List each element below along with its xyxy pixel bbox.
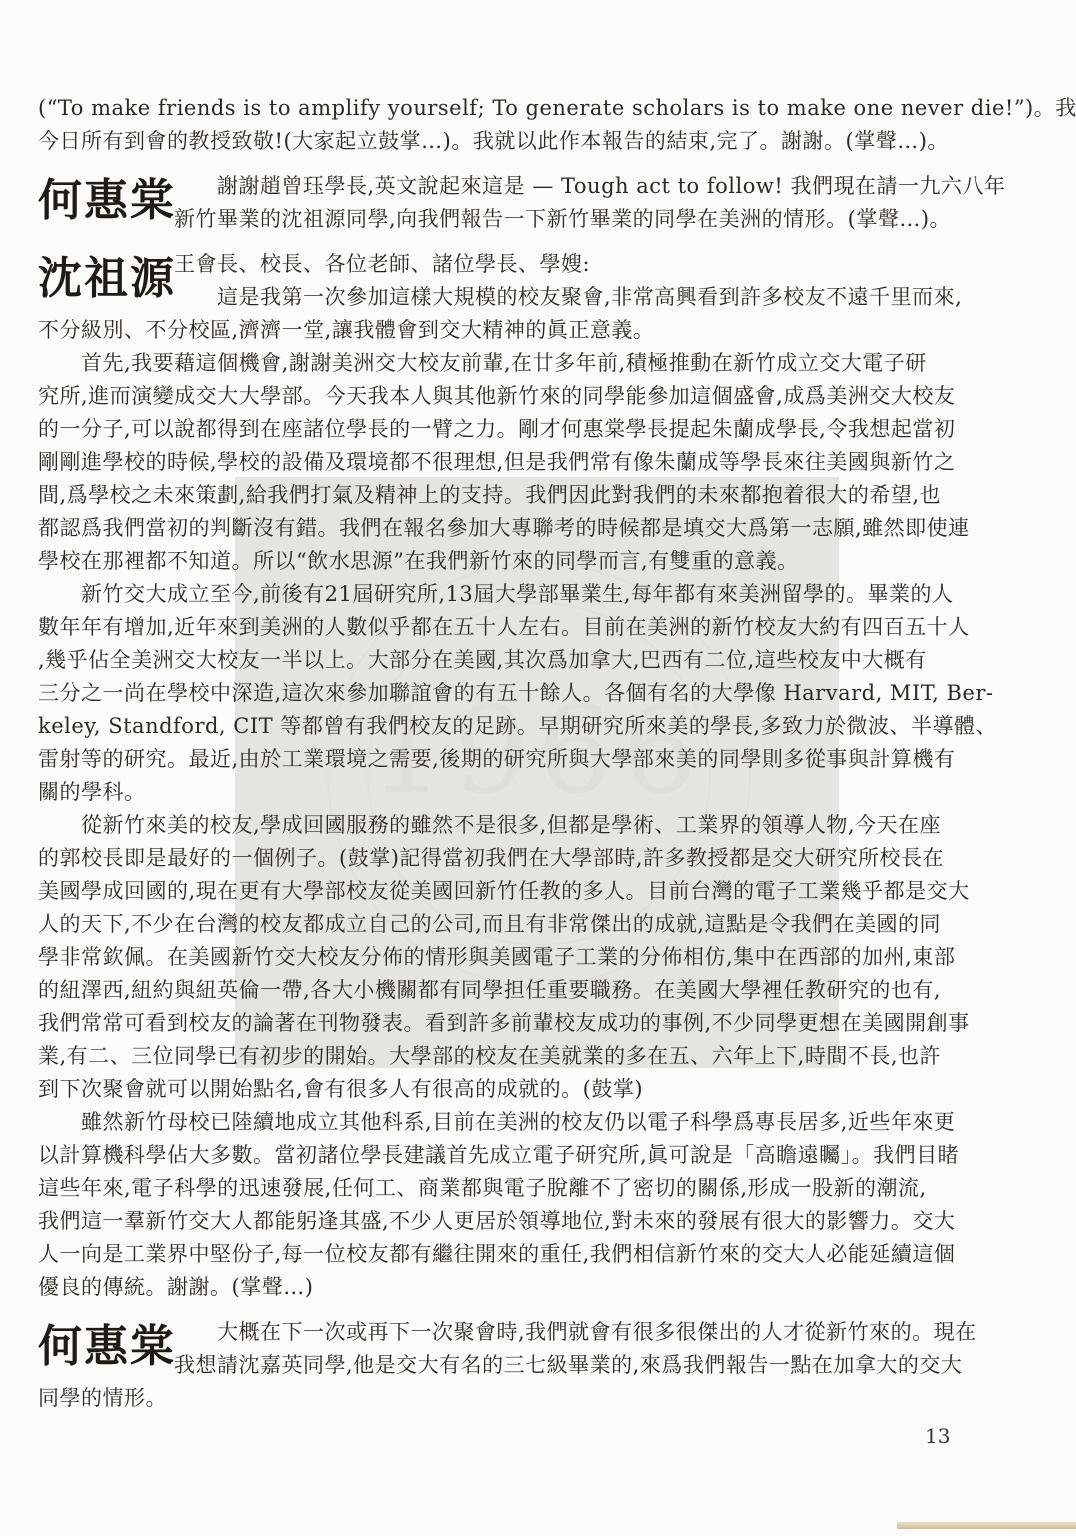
text-line: 雖然新竹母校已陸續地成立其他科系,目前在美洲的校友仍以電子科學爲專長居多,近些年… — [38, 1106, 1040, 1139]
text-line: 我們這一羣新竹交大人都能躬逢其盛,不少人更居於領導地位,對未來的發展有很大的影響… — [38, 1205, 1040, 1238]
text-line: 人的天下,不少在台灣的校友都成立自己的公司,而且有非常傑出的成就,這點是令我們在… — [38, 908, 1040, 941]
paragraph-section: 從新竹來美的校友,學成回國服務的雖然不是很多,但都是學術、工業界的領導人物,今天… — [38, 809, 1040, 1106]
speaker-name: 何惠棠 — [38, 170, 174, 236]
paragraph-section: 首先,我要藉這個機會,謝謝美洲交大校友前輩,在廿多年前,積極推動在新竹成立交大電… — [38, 347, 1040, 578]
text-line: 剛剛進學校的時候,學校的設備及環境都不很理想,但是我們常有像朱蘭成等學長來往美國… — [38, 446, 1040, 479]
text-line: 到下次聚會就可以開始點名,會有很多人有很高的成就的。(鼓掌) — [38, 1073, 1040, 1106]
text-line: 從新竹來美的校友,學成回國服務的雖然不是很多,但都是學術、工業界的領導人物,今天… — [38, 809, 1040, 842]
text-line: 這是我第一次參加這樣大規模的校友聚會,非常高興看到許多校友不遠千里而來, — [38, 281, 1040, 314]
text-line: 首先,我要藉這個機會,謝謝美洲交大校友前輩,在廿多年前,積極推動在新竹成立交大電… — [38, 347, 1040, 380]
speaker-name: 沈祖源 — [38, 248, 174, 314]
text-line: 以計算機科學佔大多數。當初諸位學長建議首先成立電子研究所,眞可說是「高瞻遠矚」。… — [38, 1139, 1040, 1172]
text-line: keley, Standford, CIT 等都曾有我們校友的足跡。早期研究所來… — [38, 710, 1040, 743]
text-line: 同學的情形。 — [38, 1382, 1040, 1415]
text-line: 三分之一尚在學校中深造,這次來參加聯誼會的有五十餘人。各個有名的大學像 Harv… — [38, 677, 1040, 710]
paragraph-section: 雖然新竹母校已陸續地成立其他科系,目前在美洲的校友仍以電子科學爲專長居多,近些年… — [38, 1106, 1040, 1304]
speaker-section: 何惠棠 大概在下一次或再下一次聚會時,我們就會有很多很傑出的人才從新竹來的。現在… — [38, 1316, 1040, 1415]
text-line: 我們常常可看到校友的論著在刊物發表。看到許多前輩校友成功的事例,不少同學更想在美… — [38, 1007, 1040, 1040]
text-line: 都認爲我們當初的判斷沒有錯。我們在報名參加大專聯考的時候都是填交大爲第一志願,雖… — [38, 512, 1040, 545]
text-line: 美國學成回國的,現在更有大學部校友從美國回新竹任教的多人。目前台灣的電子工業幾乎… — [38, 875, 1040, 908]
speaker-section: 沈祖源王會長、校長、各位老師、諸位學長、學嫂: 這是我第一次參加這樣大規模的校友… — [38, 248, 1040, 347]
paragraph-section: 新竹交大成立至今,前後有21屆研究所,13屆大學部畢業生,每年都有來美洲留學的。… — [38, 578, 1040, 809]
text-line: 的紐澤西,紐約與紐英倫一帶,各大小機關都有同學担任重要職務。在美國大學裡任教研究… — [38, 974, 1040, 1007]
text-line: 謝謝趙曾珏學長,英文說起來這是 — Tough act to follow! 我… — [38, 170, 1040, 203]
text-line: 的一分子,可以說都得到在座諸位學長的一臂之力。剛才何惠棠學長提起朱蘭成學長,令我… — [38, 413, 1040, 446]
scan-edge-artifact — [897, 1522, 1076, 1529]
text-line: 究所,進而演變成交大大學部。今天我本人與其他新竹來的同學能參加這個盛會,成爲美洲… — [38, 380, 1040, 413]
speaker-name: 何惠棠 — [38, 1316, 174, 1382]
text-line: 雷射等的研究。最近,由於工業環境之需要,後期的研究所與大學部來美的同學則多從事與… — [38, 743, 1040, 776]
text-line: 不分級別、不分校區,濟濟一堂,讓我體會到交大精神的眞正意義。 — [38, 314, 1040, 347]
text-line: 我想請沈嘉英同學,他是交大有名的三七級畢業的,來爲我們報告一點在加拿大的交大 — [38, 1349, 1040, 1382]
text-line: 的郭校長即是最好的一個例子。(鼓掌)記得當初我們在大學部時,許多教授都是交大研究… — [38, 842, 1040, 875]
text-line: ,幾乎佔全美洲交大校友一半以上。大部分在美國,其次爲加拿大,巴西有二位,這些校友… — [38, 644, 1040, 677]
text-line: (“To make friends is to amplify yourself… — [38, 92, 1040, 125]
text-line: 這些年來,電子科學的迅速發展,任何工、商業都與電子脫離不了密切的關係,形成一股新… — [38, 1172, 1040, 1205]
scanned-document-page: 1966 (“To make friends is to amplify you… — [0, 0, 1076, 1536]
speaker-section: 何惠棠 謝謝趙曾珏學長,英文說起來這是 — Tough act to follo… — [38, 170, 1040, 236]
text-line: 學校在那裡都不知道。所以“飲水思源”在我們新竹來的同學而言,有雙重的意義。 — [38, 545, 1040, 578]
page-number: 13 — [925, 1424, 950, 1448]
text-line: 關的學科。 — [38, 776, 1040, 809]
text-line: 人一向是工業界中堅份子,每一位校友都有繼往開來的重任,我們相信新竹來的交大人必能… — [38, 1238, 1040, 1271]
paragraph-section: (“To make friends is to amplify yourself… — [38, 92, 1040, 158]
text-line: 新竹畢業的沈祖源同學,向我們報告一下新竹畢業的同學在美洲的情形。(掌聲…)。 — [38, 203, 1040, 236]
text-line: 優良的傳統。謝謝。(掌聲…) — [38, 1271, 1040, 1304]
speech-sections: (“To make friends is to amplify yourself… — [38, 92, 1040, 1415]
text-line: 王會長、校長、各位老師、諸位學長、學嫂: — [38, 248, 1040, 281]
text-line: 數年年有增加,近年來到美洲的人數似乎都在五十人左右。目前在美洲的新竹校友大約有四… — [38, 611, 1040, 644]
text-line: 大概在下一次或再下一次聚會時,我們就會有很多很傑出的人才從新竹來的。現在 — [38, 1316, 1040, 1349]
text-line: 新竹交大成立至今,前後有21屆研究所,13屆大學部畢業生,每年都有來美洲留學的。… — [38, 578, 1040, 611]
text-line: 今日所有到會的教授致敬!(大家起立鼓掌…)。我就以此作本報告的結束,完了。謝謝。… — [38, 125, 1040, 158]
text-line: 學非常欽佩。在美國新竹交大校友分佈的情形與美國電子工業的分佈相仿,集中在西部的加… — [38, 941, 1040, 974]
speech-transcript: (“To make friends is to amplify yourself… — [0, 0, 1076, 1415]
text-line: 間,爲學校之未來策劃,給我們打氣及精神上的支持。我們因此對我們的未來都抱着很大的… — [38, 479, 1040, 512]
text-line: 業,有二、三位同學已有初步的開始。大學部的校友在美就業的多在五、六年上下,時間不… — [38, 1040, 1040, 1073]
